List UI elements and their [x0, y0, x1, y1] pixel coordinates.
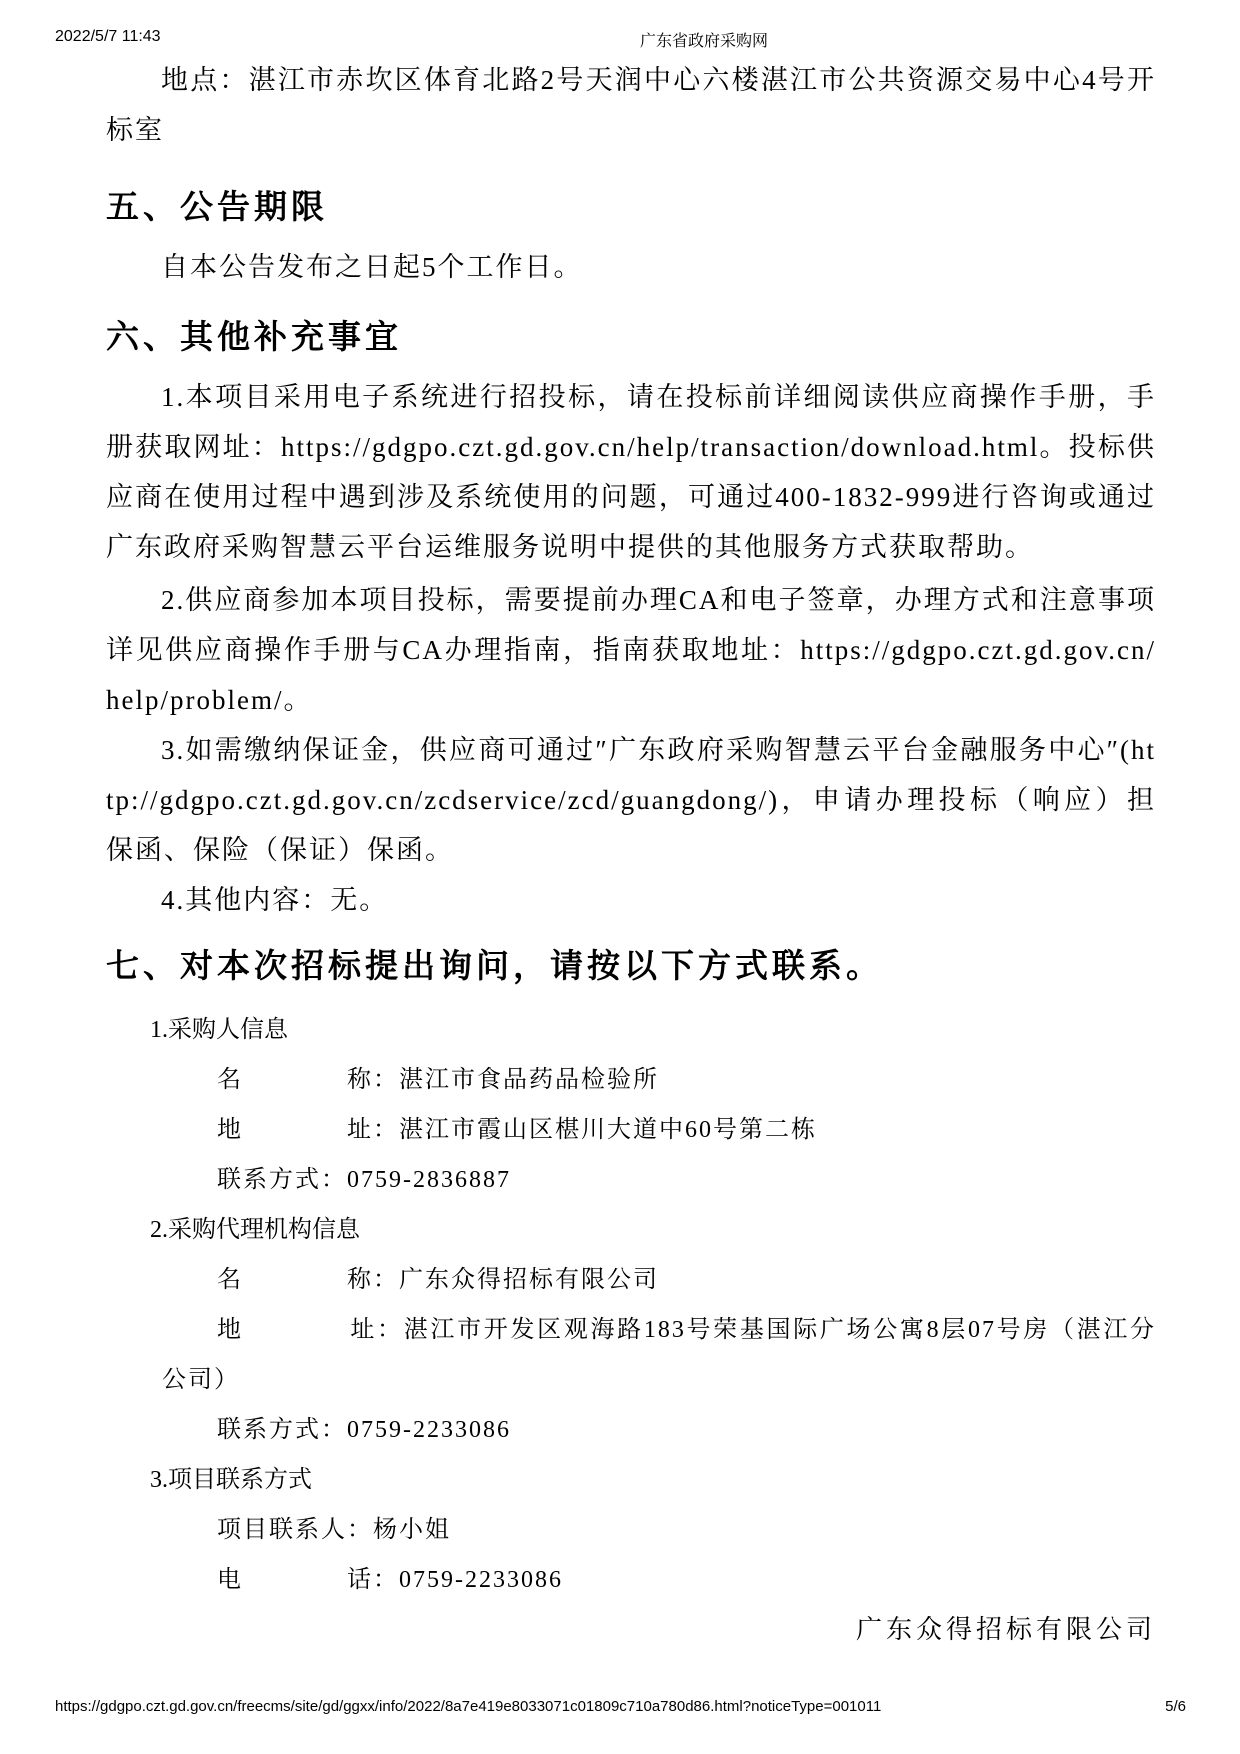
print-datetime: 2022/5/7 11:43 [55, 28, 161, 46]
contact-block-agency: 2.采购代理机构信息 名 称：广东众得招标有限公司 地 址：湛江市开发区观海路1… [106, 1205, 1156, 1455]
contact-block-purchaser: 1.采购人信息 名 称：湛江市食品药品检验所 地 址：湛江市霞山区椹川大道中60… [106, 1005, 1156, 1205]
agency-signature: 广东众得招标有限公司 [106, 1605, 1156, 1655]
print-header: 2022/5/7 11:43 广东省政府采购网 [0, 28, 1240, 52]
purchaser-title: 1.采购人信息 [106, 1005, 1156, 1055]
purchaser-contact-phone: 联系方式：0759-2836887 [162, 1155, 1156, 1205]
project-contact-person: 项目联系人：杨小姐 [162, 1505, 1156, 1555]
page-number: 5/6 [1165, 1698, 1186, 1715]
notice-period-paragraph: 自本公告发布之日起5个工作日。 [106, 242, 1156, 292]
project-contact-phone: 电 话：0759-2233086 [162, 1555, 1156, 1605]
section-heading-supplementary: 六、其他补充事宜 [106, 316, 1156, 360]
project-contact-title: 3.项目联系方式 [106, 1455, 1156, 1505]
contact-blocks: 1.采购人信息 名 称：湛江市食品药品检验所 地 址：湛江市霞山区椹川大道中60… [106, 1005, 1156, 1605]
section-heading-notice-period: 五、公告期限 [106, 186, 1156, 230]
supplementary-item-1: 1.本项目采用电子系统进行招投标，请在投标前详细阅读供应商操作手册，手册获取网址… [106, 372, 1156, 572]
bid-opening-location-paragraph: 地点：湛江市赤坎区体育北路2号天润中心六楼湛江市公共资源交易中心4号开标室 [106, 55, 1156, 155]
supplementary-item-3: 3.如需缴纳保证金，供应商可通过″广东政府采购智慧云平台金融服务中心″(http… [106, 725, 1156, 875]
print-footer: https://gdgpo.czt.gd.gov.cn/freecms/site… [0, 1698, 1240, 1722]
agency-address: 地 址：湛江市开发区观海路183号荣基国际广场公寓8层07号房（湛江分公司） [162, 1305, 1156, 1405]
site-title: 广东省政府采购网 [640, 28, 768, 51]
agency-name: 名 称：广东众得招标有限公司 [162, 1255, 1156, 1305]
supplementary-item-2: 2.供应商参加本项目投标，需要提前办理CA和电子签章，办理方式和注意事项详见供应… [106, 575, 1156, 725]
purchaser-name: 名 称：湛江市食品药品检验所 [162, 1055, 1156, 1105]
purchaser-address: 地 址：湛江市霞山区椹川大道中60号第二栋 [162, 1105, 1156, 1155]
document-body: 地点：湛江市赤坎区体育北路2号天润中心六楼湛江市公共资源交易中心4号开标室 五、… [106, 55, 1156, 1655]
contact-block-project: 3.项目联系方式 项目联系人：杨小姐 电 话：0759-2233086 [106, 1455, 1156, 1605]
agency-title: 2.采购代理机构信息 [106, 1205, 1156, 1255]
section-heading-contact: 七、对本次招标提出询问，请按以下方式联系。 [106, 945, 1156, 989]
agency-contact-phone: 联系方式：0759-2233086 [162, 1405, 1156, 1455]
supplementary-item-4: 4.其他内容：无。 [106, 875, 1156, 925]
footer-url: https://gdgpo.czt.gd.gov.cn/freecms/site… [55, 1698, 881, 1715]
